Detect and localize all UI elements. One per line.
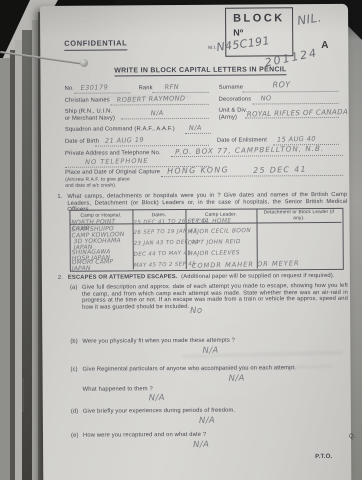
question2c-text: Give Regimental particulars of anyone wh… (83, 365, 297, 373)
field-line (75, 92, 131, 93)
question2c2-text: What happened to them ? (83, 386, 153, 393)
question2e-text: How were you recaptured and on what date… (83, 432, 206, 440)
question2b-label: (b) (70, 339, 78, 346)
date-of-enlistment-value: 15 AUG 40 (277, 135, 316, 144)
field-line (161, 175, 343, 177)
field-line (111, 104, 209, 106)
capture-sublabel-2: and date of a/c crash). (65, 183, 116, 189)
nil-annotation: NIL. (296, 10, 322, 27)
capture-label: Place and Date of Original Capture (65, 169, 160, 176)
christian-names-value: ROBERT RAYMOND (117, 94, 186, 104)
confidential-marking: CONFIDENTIAL (64, 39, 127, 50)
table-header-block-leader: Detachment or Block Leader (if any). (260, 210, 337, 222)
question2e-answer: N/A (193, 440, 209, 450)
paper-fastener-pin-head (80, 59, 88, 67)
capture-date-value: 25 DEC 41 (253, 165, 307, 175)
edge-stamp-fragment: Q. (349, 434, 356, 441)
photo-of-filed-document: Q. CONFIDENTIAL BLOCK Nº M.I. N45C191 NI… (0, 0, 362, 480)
question2a-answer: No (190, 306, 203, 316)
squadron-label: Squadron and Command (R.A.F., A.A.F.) (65, 126, 175, 133)
address-value-line2: NO TELEPHONE (85, 157, 149, 167)
pto-marking: P.T.O. (315, 453, 332, 460)
leader-entry: LT COL HOME (187, 218, 231, 225)
question2b-answer: N/A (202, 346, 218, 356)
question2d-text: Give briefly your experiences during per… (83, 408, 235, 416)
question2c-answer: N/A (228, 373, 244, 383)
rank-label: Rank (139, 85, 153, 92)
field-line (253, 103, 339, 105)
camp-entry: OMORI CAMP JAPAN (72, 259, 130, 273)
squadron-value: N/A (189, 124, 202, 132)
field-line (153, 92, 209, 93)
capture-place-value: HONG KONG (167, 165, 229, 176)
ship-value: N/A (151, 109, 164, 117)
leader-entry: MAJOR CLEEVES (188, 250, 240, 257)
no-label: No. (65, 86, 75, 93)
decorations-label: Decorations (219, 97, 252, 104)
surname-label: Surname (219, 85, 244, 92)
block-stamp-word: BLOCK (233, 12, 285, 25)
question2c2-answer: N/A (149, 393, 165, 403)
christian-names-label: Christian Names (65, 98, 110, 105)
date-of-birth-label: Date of Birth (65, 139, 99, 146)
mi-label: M.I. (208, 45, 216, 50)
question2d-label: (d) (71, 409, 79, 416)
field-line (121, 118, 209, 120)
question2b-text: Were you physically fit when you made th… (82, 338, 235, 346)
ship-label: Ship (R.N., U.I.N.or Merchant Navy) (65, 108, 115, 122)
date-of-enlistment-label: Date of Enlistment (217, 137, 267, 144)
surname-value: ROY (272, 80, 290, 89)
capture-sublabel-1: (Aircrew R.A.F. to give place (65, 177, 130, 183)
question2d-answer: N/A (199, 416, 215, 426)
question1-number: 1. (57, 194, 62, 201)
unit-label: Unit & Div.(Army) (219, 108, 248, 122)
field-line (243, 91, 339, 93)
question2c-label: (c) (71, 367, 78, 374)
question2a-text: Give full description and approx. date o… (82, 283, 348, 311)
spine-pencil-mark (22, 378, 24, 412)
block-stamp-no: Nº (233, 28, 243, 38)
decorations-value: NO (261, 94, 272, 102)
form-title: WRITE IN BLOCK CAPITAL LETTERS IN PENCIL (80, 66, 320, 76)
question2e-label: (e) (71, 433, 79, 440)
question2-heading: ESCAPES OR ATTEMPTED ESCAPES. (Additiona… (68, 273, 335, 282)
question2a-label: (a) (70, 285, 78, 292)
date-of-birth-value: 21 AUG 19 (105, 136, 144, 145)
form-page: CONFIDENTIAL BLOCK Nº M.I. N45C191 NIL. … (40, 4, 351, 480)
field-line (185, 133, 211, 134)
leader-entry: CAPT JOHN REID (188, 239, 241, 246)
rank-value: RFN (164, 83, 179, 91)
corner-letter: A (321, 40, 328, 52)
question2-number: 2. (58, 275, 63, 282)
no-value: E30179 (80, 83, 108, 92)
